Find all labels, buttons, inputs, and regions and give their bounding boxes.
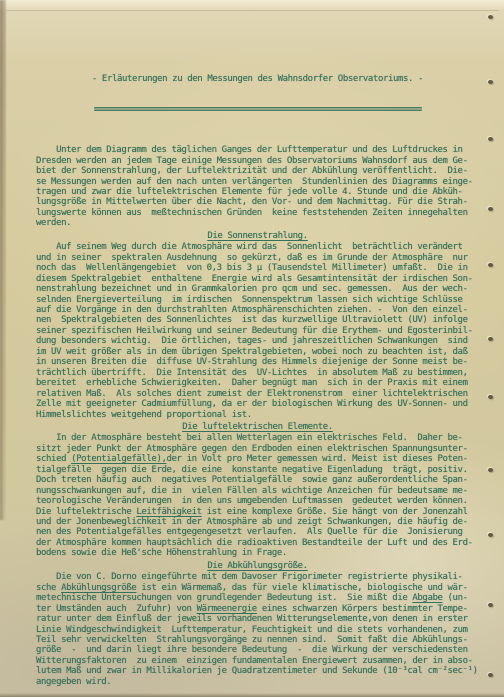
- section-heading-text: Die luftelektrischen Elemente.: [182, 422, 333, 432]
- section: Die Sonnenstrahlung. Auf seinem Weg durc…: [36, 231, 479, 420]
- text-segment: relativen Maß. Als solches dient zumeist…: [36, 389, 468, 399]
- text-segment: Witterungsfaktoren zu einem einzigen fun…: [36, 656, 473, 666]
- section-heading: Die Sonnenstrahlung.: [36, 231, 479, 241]
- punch-hole: [488, 533, 493, 537]
- underlined-text-segment: Abgabe: [412, 593, 442, 603]
- text-segment: bereitet erhebliche Schwierigkeiten. Dah…: [36, 378, 468, 388]
- text-segment: schied: [36, 454, 71, 464]
- text-line: nungsschwankungen auf, die in vielen Fäl…: [36, 486, 479, 496]
- text-segment: Doch treten häufig auch negatives Potent…: [36, 475, 468, 485]
- text-segment: ist eine komplexe Größe. Sie hängt von d…: [202, 507, 468, 517]
- text-segment: lungswerte können aus meßtechnischen Grü…: [36, 208, 468, 218]
- text-segment: teorologische Veränderungen in den uns u…: [36, 496, 468, 506]
- paper-crease-line: [6, 10, 499, 11]
- text-line: Doch treten häufig auch negatives Potent…: [36, 475, 479, 485]
- text-line: tragen und zwar die luftelektrischen Ele…: [36, 187, 479, 197]
- text-segment: Himmelslichtes weitgehend proportional i…: [36, 410, 252, 420]
- text-line: lungswerte können aus meßtechnischen Grü…: [36, 208, 479, 218]
- section: Die Abkühlungsgröße. Die von C. Dorno ei…: [36, 561, 479, 687]
- text-segment: (un-: [443, 593, 468, 603]
- scan-left-shadow-edge: [0, 0, 6, 520]
- text-line: Zelle mit geeigneter Cadmiumfüllung, da …: [36, 399, 479, 409]
- text-line: relativen Maß. Als solches dient zumeist…: [36, 389, 479, 399]
- text-segment: der in Volt pro Meter gemessen wird. Mei…: [167, 454, 468, 464]
- text-segment: trächtlich übertrifft. Die Intensität de…: [36, 368, 468, 378]
- text-segment: ratur unter dem Einfluß der jeweils vorh…: [36, 614, 468, 624]
- text-segment: Auf seinem Weg durch die Atmosphäre wird…: [36, 242, 463, 252]
- underlined-text-segment: Leitfähigkeit: [136, 507, 201, 517]
- text-line: nenstrahlung bezeichnet und in Grammkalo…: [36, 284, 479, 294]
- text-line: biet der Sonnenstrahlung, der Luftelektr…: [36, 166, 479, 176]
- text-segment: der Atmosphäre kommen hauptsächlich die …: [36, 538, 473, 548]
- text-line: Witterungsfaktoren zu einem einzigen fun…: [36, 656, 479, 666]
- text-line: Himmelslichtes weitgehend proportional i…: [36, 410, 479, 420]
- text-segment: größe - und darin liegt ihre besondere B…: [36, 645, 468, 655]
- text-line: tialgefälle gegen die Erde, die eine kon…: [36, 465, 479, 475]
- text-segment: tragen und zwar die luftelektrischen Ele…: [36, 187, 463, 197]
- text-line: in unseren Breiten die diffuse UV-Strahl…: [36, 357, 479, 367]
- punch-hole: [488, 15, 493, 19]
- text-segment: angegeben wird.: [36, 677, 111, 687]
- text-line: schied (Potentialgefälle),der in Volt pr…: [36, 454, 479, 464]
- text-line: In der Atmosphäre besteht bei allen Wett…: [36, 433, 479, 443]
- punch-hole: [488, 137, 493, 141]
- section-heading: Die Abkühlungsgröße.: [36, 561, 479, 571]
- section-heading-text: Die Sonnenstrahlung.: [207, 231, 307, 241]
- text-line: Dresden werden an jedem Tage einige Mess…: [36, 156, 479, 166]
- text-segment: bodens sowie die Heß'sche Höhenstrahlung…: [36, 548, 287, 558]
- text-segment: lutem Maß und zwar in Millikalorien je Q…: [36, 666, 478, 676]
- text-line: sche Abkühlungsgröße ist ein Wärmemaß, d…: [36, 583, 479, 593]
- text-line: bodens sowie die Heß'sche Höhenstrahlung…: [36, 548, 479, 558]
- text-segment: biet der Sonnenstrahlung, der Luftelektr…: [36, 166, 468, 176]
- text-line: Teil sehr verwickelten Strahlungsvorgäng…: [36, 635, 479, 645]
- text-segment: nenstrahlung bezeichnet und in Grammkalo…: [36, 284, 468, 294]
- text-segment: sche: [36, 583, 61, 593]
- text-segment: nungsschwankungen auf, die in vielen Fäl…: [36, 486, 468, 496]
- text-line: nen Spektralgebieten des Sonnenlichtes i…: [36, 315, 479, 325]
- text-line: angegeben wird.: [36, 677, 479, 687]
- text-segment: Die von C. Dorno eingeführte mit dem Dav…: [36, 572, 463, 582]
- text-line: auf die Vorgänge in den durchstrahlten A…: [36, 305, 479, 315]
- text-line: werden.: [36, 218, 479, 228]
- text-segment: In der Atmosphäre besteht bei allen Wett…: [36, 433, 463, 443]
- text-segment: ist ein Wärmemaß, das für viele klimatis…: [136, 583, 467, 593]
- text-line: ratur unter dem Einfluß der jeweils vorh…: [36, 614, 479, 624]
- punch-hole: [488, 263, 493, 267]
- text-segment: Dresden werden an jedem Tage einige Mess…: [36, 156, 468, 166]
- underlined-text-segment: (Potentialgefälle),: [71, 454, 166, 464]
- text-segment: sitzt jeder Punkt der Atmosphäre gegen d…: [36, 444, 468, 454]
- text-segment: im UV weit größer als in dem übrigen Spe…: [36, 347, 468, 357]
- underlined-text-segment: Wärmeenergie: [197, 604, 257, 614]
- section: Unter dem Diagramm des täglichen Ganges …: [36, 145, 479, 229]
- text-segment: nen des Potentialgefälles entgegengesetz…: [36, 527, 463, 537]
- text-line: ter Umständen auch Zufuhr) von Wärmeener…: [36, 604, 479, 614]
- text-segment: und der Jonenbeweglichkeit in der Atmosp…: [36, 517, 468, 527]
- text-segment: werden.: [36, 218, 71, 228]
- text-segment: dung besonders wichtig. Die örtlichen, t…: [36, 336, 468, 346]
- text-line: teorologische Veränderungen in den uns u…: [36, 496, 479, 506]
- punch-hole: [488, 395, 493, 399]
- text-segment: Zelle mit geeigneter Cadmiumfüllung, da …: [36, 399, 468, 409]
- punch-hole: [488, 673, 493, 677]
- text-segment: diesem Spektralgebiet enthaltene Energie…: [36, 274, 473, 284]
- text-line: selnden Energieverteilung im irdischen S…: [36, 295, 479, 305]
- text-segment: Die luftelektrische: [36, 507, 136, 517]
- section-heading-text: Die Abkühlungsgröße.: [207, 561, 307, 571]
- typewritten-document: - Erläuterungen zu den Messungen des Wah…: [36, 53, 479, 697]
- title-double-rule: [94, 107, 422, 111]
- punch-hole: [488, 603, 493, 607]
- text-line: Die luftelektrische Leitfähigkeit ist ei…: [36, 507, 479, 517]
- text-segment: und in seiner spektralen Ausdehnung so g…: [36, 253, 468, 263]
- text-line: dung besonders wichtig. Die örtlichen, t…: [36, 336, 479, 346]
- text-line: lutem Maß und zwar in Millikalorien je Q…: [36, 666, 479, 676]
- text-segment: auf die Vorgänge in den durchstrahlten A…: [36, 305, 468, 315]
- text-line: und der Jonenbeweglichkeit in der Atmosp…: [36, 517, 479, 527]
- text-segment: eines schwarzen Körpers bestimmter Tempe…: [257, 604, 468, 614]
- text-line: metechnische Untersuchungen von grundleg…: [36, 593, 479, 603]
- text-segment: Linie Windgeschwindigkeit Lufttemperatur…: [36, 625, 468, 635]
- text-line: trächtlich übertrifft. Die Intensität de…: [36, 368, 479, 378]
- punch-hole: [488, 468, 493, 472]
- text-segment: Teil sehr verwickelten Strahlungsvorgäng…: [36, 635, 468, 645]
- text-line: sitzt jeder Punkt der Atmosphäre gegen d…: [36, 444, 479, 454]
- text-line: Die von C. Dorno eingeführte mit dem Dav…: [36, 572, 479, 582]
- text-segment: Unter dem Diagramm des täglichen Ganges …: [36, 145, 463, 155]
- section-heading: Die luftelektrischen Elemente.: [36, 422, 479, 432]
- sections: Unter dem Diagramm des täglichen Ganges …: [36, 145, 479, 687]
- underlined-text-segment: Abkühlungsgröße: [61, 583, 136, 593]
- text-segment: metechnische Untersuchungen von grundleg…: [36, 593, 412, 603]
- text-line: und in seiner spektralen Ausdehnung so g…: [36, 253, 479, 263]
- text-line: Auf seinem Weg durch die Atmosphäre wird…: [36, 242, 479, 252]
- page-title: - Erläuterungen zu den Messungen des Wah…: [36, 74, 479, 84]
- text-segment: noch das Wellenlängengebiet von 0,3 bis …: [36, 263, 468, 273]
- text-segment: in unseren Breiten die diffuse UV-Strahl…: [36, 357, 468, 367]
- text-line: se Messungen werden auf den nach unten v…: [36, 177, 479, 187]
- text-line: lungsgröße in Mittelwerten über die Nach…: [36, 197, 479, 207]
- text-line: größe - und darin liegt ihre besondere B…: [36, 645, 479, 655]
- text-segment: se Messungen werden auf den nach unten v…: [36, 177, 473, 187]
- text-line: der Atmosphäre kommen hauptsächlich die …: [36, 538, 479, 548]
- punch-hole: [488, 337, 493, 341]
- text-line: noch das Wellenlängengebiet von 0,3 bis …: [36, 263, 479, 273]
- text-line: diesem Spektralgebiet enthaltene Energie…: [36, 274, 479, 284]
- text-line: seiner spezifischen Heilwirkung und sein…: [36, 326, 479, 336]
- text-segment: ter Umständen auch Zufuhr) von: [36, 604, 197, 614]
- text-segment: tialgefälle gegen die Erde, die eine kon…: [36, 465, 468, 475]
- punch-hole: [488, 80, 493, 84]
- text-line: Unter dem Diagramm des täglichen Ganges …: [36, 145, 479, 155]
- text-segment: selnden Energieverteilung im irdischen S…: [36, 295, 463, 305]
- punch-hole: [488, 207, 493, 211]
- text-line: nen des Potentialgefälles entgegengesetz…: [36, 527, 479, 537]
- scanned-document-page: { "colors": { "ink": "#35705a", "paper":…: [0, 0, 504, 697]
- section: Die luftelektrischen Elemente. In der At…: [36, 422, 479, 559]
- text-line: im UV weit größer als in dem übrigen Spe…: [36, 347, 479, 357]
- text-segment: lungsgröße in Mittelwerten über die Nach…: [36, 197, 468, 207]
- text-line: Linie Windgeschwindigkeit Lufttemperatur…: [36, 625, 479, 635]
- text-segment: nen Spektralgebieten des Sonnenlichtes i…: [36, 315, 468, 325]
- text-line: bereitet erhebliche Schwierigkeiten. Dah…: [36, 378, 479, 388]
- text-segment: seiner spezifischen Heilwirkung und sein…: [36, 326, 473, 336]
